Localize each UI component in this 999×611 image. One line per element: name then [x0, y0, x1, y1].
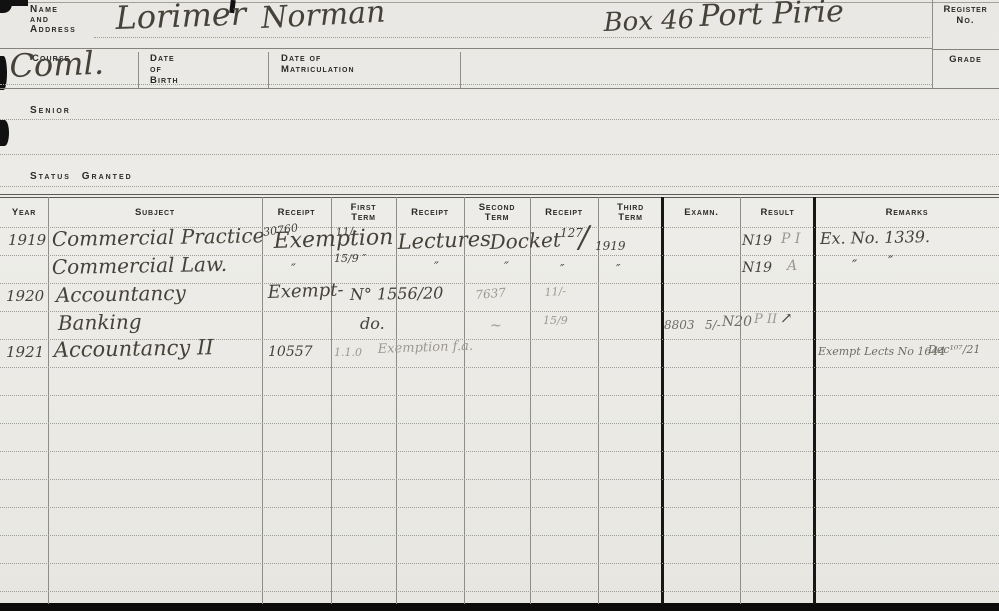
ditto-mark: ″	[616, 263, 620, 275]
table-row-rule	[0, 591, 999, 592]
col-header-remarks: Remarks	[815, 198, 999, 227]
rule	[268, 52, 269, 88]
rule	[138, 52, 139, 88]
course-value: Coml.	[9, 47, 105, 82]
exemption-note: Exempt-	[267, 281, 343, 302]
exemption-number: N° 1556/20	[350, 285, 444, 303]
exemption-note: Lectures	[397, 229, 491, 253]
table-column-rule	[331, 197, 332, 604]
table-column-rule-heavy	[813, 197, 816, 604]
table-column-rule	[598, 197, 599, 604]
scan-artifact	[0, 0, 12, 13]
ditto-mark: ″	[888, 255, 893, 269]
rule	[0, 48, 932, 49]
result-grade: P I	[781, 232, 800, 246]
address-box: Box 46	[603, 7, 695, 36]
term-fee: 15/9 ″	[334, 253, 366, 264]
term-fee: 11/-	[544, 286, 566, 298]
name-ruled-line	[94, 37, 930, 38]
table-column-rule	[48, 197, 49, 604]
col-header-subject: Subject	[48, 198, 262, 227]
remarks-value: Ex. No. 1339.	[820, 229, 930, 247]
year-value: 1921	[6, 345, 44, 360]
table-row-rule	[0, 507, 999, 508]
course-ruled-line	[0, 84, 932, 85]
col-header-third-term: Third Term	[598, 198, 663, 227]
year-value: 1920	[6, 289, 44, 304]
senior-label: Senior	[30, 106, 71, 117]
docket-slash: /	[579, 223, 589, 253]
scan-artifact	[0, 120, 9, 146]
table-column-rule	[464, 197, 465, 604]
table-row-rule	[0, 535, 999, 536]
rule	[460, 52, 461, 88]
subject-value: Banking	[58, 312, 142, 333]
status-ruled-line	[0, 186, 999, 187]
exam-fee: 5/-	[705, 319, 721, 331]
matric-label-line2: Matriculation	[281, 65, 355, 76]
rule	[932, 49, 999, 50]
ditto-mark: ″	[852, 259, 857, 273]
status-granted-label: Status Granted	[30, 172, 133, 183]
year-value: 1919	[8, 233, 46, 248]
col-header-second-term: Second Term	[464, 198, 530, 227]
result-exam: N20	[722, 315, 752, 329]
term-receipt: 7637	[475, 286, 506, 301]
table-row-rule	[0, 479, 999, 480]
ditto-mark: ″	[434, 261, 439, 274]
table-row-rule	[0, 395, 999, 396]
subject-value: Accountancy	[56, 283, 186, 305]
ditto-mark: ~	[490, 319, 502, 333]
subject-value: Commercial Law.	[52, 254, 228, 277]
table-row-rule	[0, 423, 999, 424]
col-header-receipt-2: Receipt	[396, 198, 464, 227]
result-grade: P II	[754, 313, 777, 326]
exemption-note: Docket	[489, 230, 561, 252]
register-label: Register	[932, 5, 999, 16]
ditto-mark: ″	[504, 261, 509, 274]
ditto-mark: ″	[560, 263, 564, 275]
senior-ruled-line	[0, 119, 999, 120]
subject-value: Accountancy II	[54, 337, 214, 361]
term-fee: 1.1.0	[334, 347, 362, 358]
given-name: Norman	[260, 0, 386, 34]
scan-bottom-band	[0, 603, 999, 611]
ditto-do: do.	[360, 316, 385, 332]
col-header-year: Year	[0, 198, 48, 227]
rule	[0, 88, 999, 89]
table-column-rule	[530, 197, 531, 604]
register-no-label: No.	[932, 16, 999, 27]
ruled-line	[0, 154, 999, 155]
address-town: Port Pirie	[699, 0, 844, 32]
table-row-rule	[0, 563, 999, 564]
table-column-rule	[396, 197, 397, 604]
grade-label: Grade	[932, 55, 999, 66]
result-grade: A	[787, 259, 797, 273]
remarks-date: Dec¹⁰⁷/21	[928, 344, 980, 355]
table-column-rule-heavy	[661, 197, 664, 604]
table-row-rule	[0, 451, 999, 452]
exemption-note: Exemption f.a.	[378, 340, 474, 356]
term-fee: 15/9	[543, 315, 568, 326]
table-top-rule	[0, 194, 999, 195]
surname: Lorimer	[115, 0, 247, 34]
remarks-value: Exempt Lects No 1644	[818, 346, 945, 357]
result-exam: N19	[742, 261, 772, 275]
col-header-result: Result	[740, 198, 815, 227]
result-tick: ↗	[780, 311, 793, 326]
subject-value: Commercial Practice	[52, 225, 265, 249]
ditto-mark: ″	[291, 263, 296, 276]
docket-year: 1919	[595, 240, 626, 252]
col-header-first-term: First Term	[331, 198, 396, 227]
exemption-note: Exemption	[273, 227, 393, 253]
result-exam: N19	[742, 234, 772, 248]
receipt-no: 10557	[268, 345, 313, 359]
dob-label-line2: of	[150, 65, 162, 76]
table-column-rule	[740, 197, 741, 604]
table-column-rule	[262, 197, 263, 604]
exam-receipt: 8803	[664, 319, 695, 331]
table-row-rule	[0, 311, 999, 312]
col-header-examn: Examn.	[663, 198, 740, 227]
table-row-rule	[0, 367, 999, 368]
name-label-line3: Address	[30, 25, 76, 36]
dob-label-line1: Date	[150, 54, 175, 65]
matric-label-line1: Date of	[281, 54, 321, 65]
student-record-card: Name and Address Register No. Grade Cour…	[0, 0, 999, 611]
